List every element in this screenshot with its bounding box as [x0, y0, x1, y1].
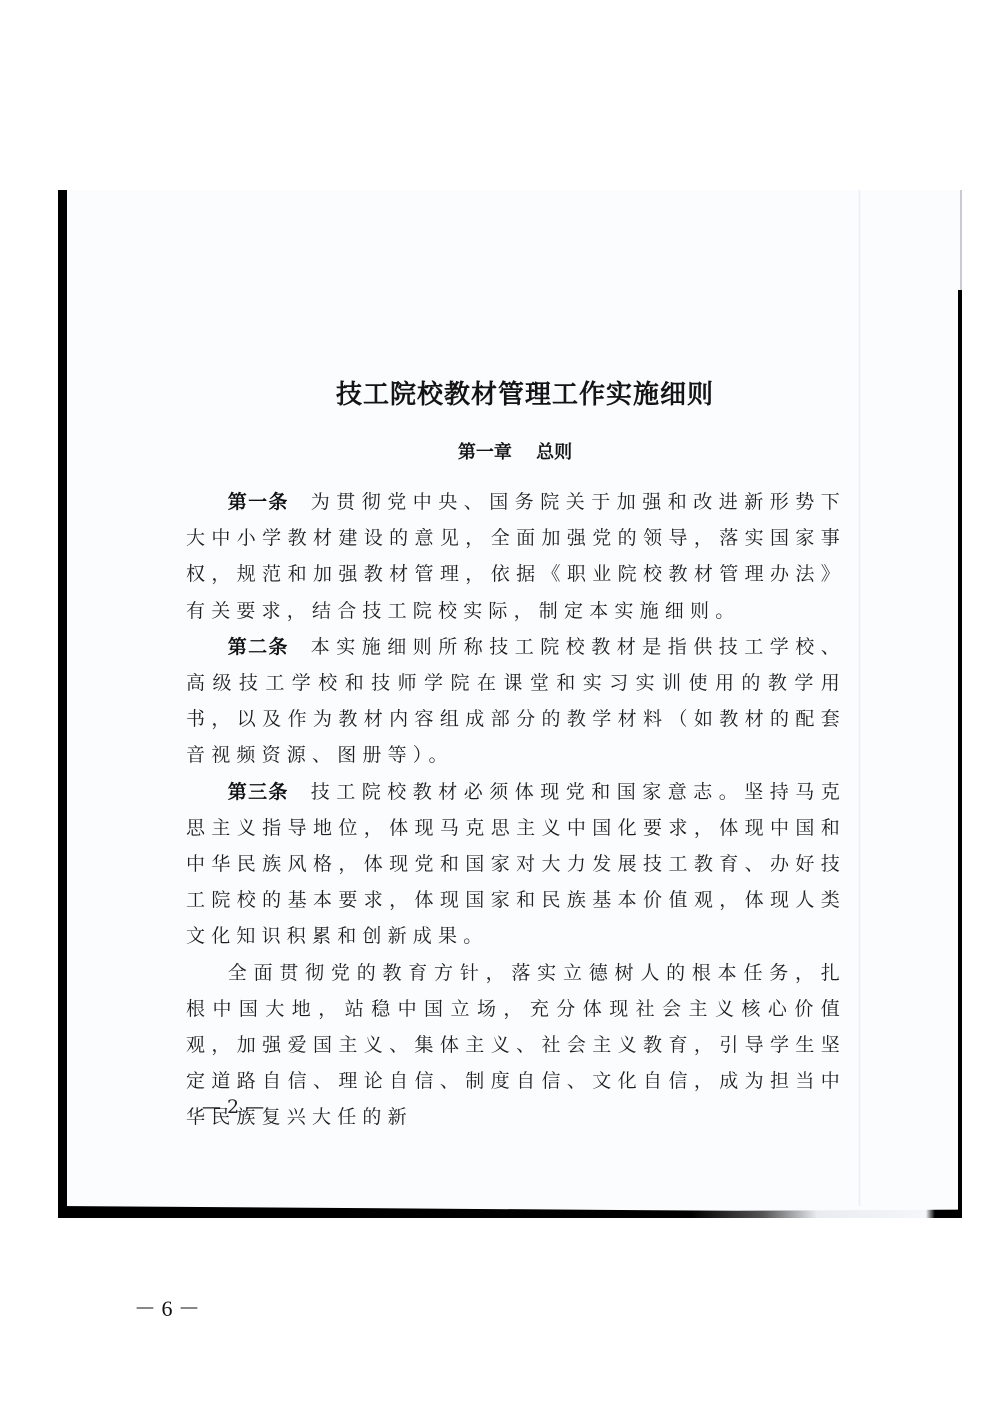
chapter-heading: 第一章 总则: [0, 438, 1000, 464]
article-3: 第三条技工院校教材必须体现党和国家意志。坚持马克思主义指导地位，体现马克思主义中…: [186, 774, 846, 955]
scan-border-right: [958, 290, 962, 1218]
article-label: 第一条: [228, 491, 289, 513]
inner-page-number: — 2 —: [202, 1096, 264, 1118]
article-text: 技工院校教材必须体现党和国家意志。坚持马克思主义指导地位，体现马克思主义中国化要…: [186, 781, 846, 948]
article-2: 第二条本实施细则所称技工院校教材是指供技工学校、高级技工学校和技师学院在课堂和实…: [186, 629, 846, 774]
article-label: 第三条: [228, 781, 289, 803]
scan-crease: [858, 190, 861, 1206]
scan-border-left: [58, 190, 67, 1218]
scan-border-right-top: [960, 190, 962, 290]
document-title: 技工院校教材管理工作实施细则: [0, 374, 1000, 411]
outer-page-number: － 6 －: [134, 1292, 200, 1323]
document-body: 第一条为贯彻党中央、国务院关于加强和改进新形势下大中小学教材建设的意见，全面加强…: [186, 484, 846, 1136]
article-3-continued: 全面贯彻党的教育方针，落实立德树人的根本任务，扎根中国大地，站稳中国立场，充分体…: [186, 955, 846, 1136]
article-label: 第二条: [228, 636, 289, 658]
paragraph-text: 全面贯彻党的教育方针，落实立德树人的根本任务，扎根中国大地，站稳中国立场，充分体…: [186, 962, 846, 1129]
article-1: 第一条为贯彻党中央、国务院关于加强和改进新形势下大中小学教材建设的意见，全面加强…: [186, 484, 846, 629]
